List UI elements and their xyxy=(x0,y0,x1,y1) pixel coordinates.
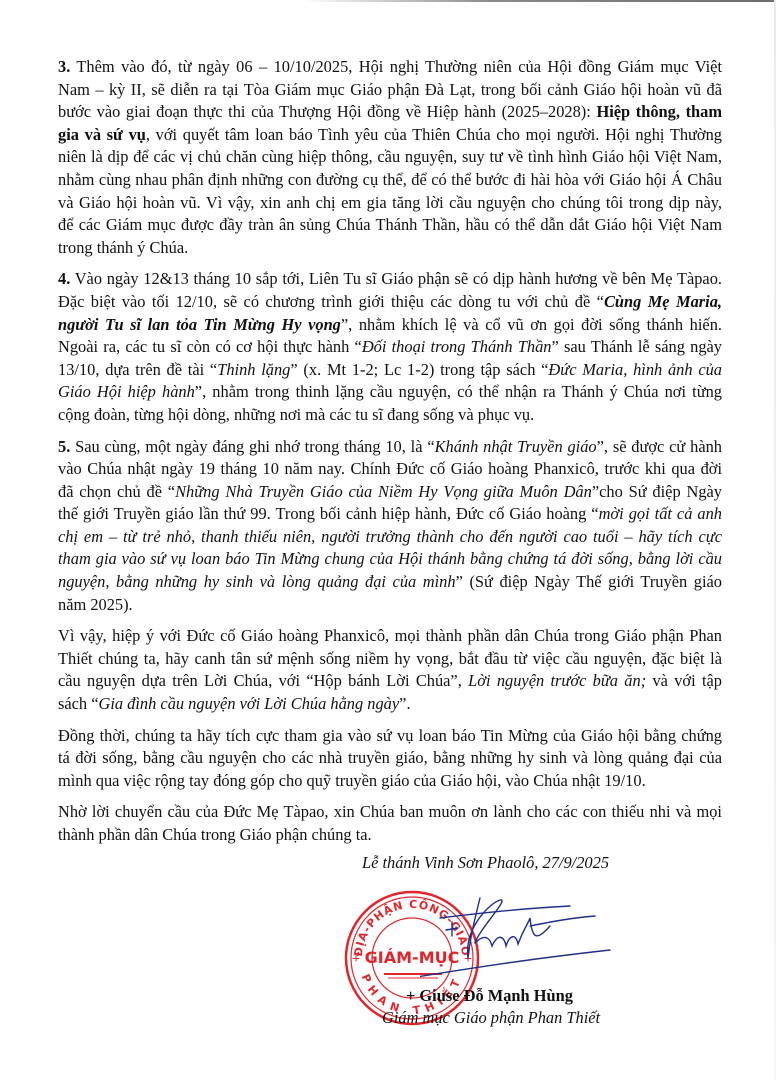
text: ”, nhằm trong thinh lặng cầu nguyện, có … xyxy=(195,382,722,401)
text: niên là dịp để các vị chủ chăn cùng hiệp… xyxy=(58,146,722,169)
text: Thiết chúng ta, hãy canh tân sứ mệnh sốn… xyxy=(58,648,722,671)
text: Vì vậy, hiệp ý với Đức cố Giáo hoàng Pha… xyxy=(58,625,722,648)
text: Thêm vào đó, từ ngày 06 – 10/10/2025, Hộ… xyxy=(70,57,722,76)
text: ” (x. Mt 1-2; Lc 1-2) trong tập sách “ xyxy=(290,360,548,379)
text: ” sau Thánh lễ sáng ngày xyxy=(551,337,722,356)
svg-text:+: + xyxy=(352,952,360,967)
quote: mời gọi tất cả anh xyxy=(599,504,722,523)
text: thế giới Truyền giáo lần thứ 99. Trong b… xyxy=(58,504,599,523)
text: năm 2025). xyxy=(58,594,722,617)
text: mình qua việc rộng tay đóng góp cho quỹ … xyxy=(58,770,722,793)
text: vào Chúa nhật ngày 19 tháng 10 năm nay. … xyxy=(58,458,722,481)
text: tá đời sống, bằng cầu nguyện cho các nhà… xyxy=(58,747,722,770)
text: Đồng thời, chúng ta hãy tích cực tham gi… xyxy=(58,725,722,748)
book-title: Đức Maria, hình ảnh của xyxy=(548,360,722,379)
text: 13/10, dựa trên đề tài “ xyxy=(58,360,217,379)
text: Vào ngày 12&13 tháng 10 sắp tới, Liên Tu… xyxy=(70,269,722,288)
quote: chị em – từ trẻ nhỏ, thanh thiếu niên, n… xyxy=(58,527,722,546)
paragraph-3: 3. Thêm vào đó, từ ngày 06 – 10/10/2025,… xyxy=(58,56,722,259)
text: ”cho Sứ điệp Ngày xyxy=(592,482,722,501)
text: cộng đoàn, từng hội dòng, những nơi mà c… xyxy=(58,404,722,427)
text: Nam – kỳ II, sẽ diễn ra tại Tòa Giám mục… xyxy=(58,79,722,102)
text: , với quyết tâm loan báo Tình yêu của Th… xyxy=(146,125,722,144)
signature-date-line: Lễ thánh Vinh Sơn Phaolô, 27/9/2025 xyxy=(362,853,609,873)
text: ”. xyxy=(399,694,410,713)
quote: tham gia vào sứ vụ loan báo Tin Mừng chu… xyxy=(58,549,722,568)
text: nhằm cùng nhau phân định những con đường… xyxy=(58,169,722,192)
emphasis: gia và sứ vụ xyxy=(58,125,146,144)
text: Đặc biệt vào tối 12/10, sẽ có chương trì… xyxy=(58,292,604,311)
book-title: Giáo Hội hiệp hành xyxy=(58,382,195,401)
text: Sau cùng, một ngày đáng ghi nhớ trong th… xyxy=(70,437,434,456)
paragraph-6: Vì vậy, hiệp ý với Đức cố Giáo hoàng Pha… xyxy=(58,625,722,715)
emphasis: Khánh nhật Truyền giáo xyxy=(435,437,597,456)
theme-title: Cùng Mẹ Maria, xyxy=(604,292,722,311)
paragraph-8: Nhờ lời chuyển cầu của Đức Mẹ Tàpao, xin… xyxy=(58,801,722,846)
text: ”, sẽ được cử hành xyxy=(597,437,722,456)
theme-title: người Tu sĩ lan tỏa Tin Mừng Hy vọng xyxy=(58,315,341,334)
quote: nguyện, bằng những hy sinh và lòng quảng… xyxy=(58,572,456,591)
item-number: 4. xyxy=(58,269,70,288)
text: đã chọn chủ đề “ xyxy=(58,482,175,501)
paragraph-5: 5. Sau cùng, một ngày đáng ghi nhớ trong… xyxy=(58,436,722,617)
paragraph-7: Đồng thời, chúng ta hãy tích cực tham gi… xyxy=(58,725,722,793)
item-number: 5. xyxy=(58,437,70,456)
signatory-name: + Giuse Đỗ Mạnh Hùng xyxy=(406,986,573,1006)
text: Ngoài ra, các tu sĩ còn có cơ hội thực h… xyxy=(58,337,362,356)
text: và với tập xyxy=(646,671,722,690)
text: trong thánh ý Chúa. xyxy=(58,237,722,260)
book-title: Gia đình cầu nguyện với Lời Chúa hằng ng… xyxy=(99,694,400,713)
emphasis: Thinh lặng xyxy=(217,360,290,379)
emphasis: Đối thoại trong Thánh Thần xyxy=(362,337,552,356)
text: thành phần dân Chúa trong Giáo phận chún… xyxy=(58,824,722,847)
letter-body: 3. Thêm vào đó, từ ngày 06 – 10/10/2025,… xyxy=(58,56,722,856)
paragraph-4: 4. Vào ngày 12&13 tháng 10 sắp tới, Liên… xyxy=(58,268,722,426)
signatory-title: Giám mục Giáo phận Phan Thiết xyxy=(382,1008,600,1028)
text: Nhờ lời chuyển cầu của Đức Mẹ Tàpao, xin… xyxy=(58,801,722,824)
scan-edge xyxy=(300,0,776,2)
text: bước vào giai đoạn thực thi của Thượng H… xyxy=(58,102,596,121)
handwritten-signature-icon xyxy=(420,888,620,988)
text: sách “ xyxy=(58,694,99,713)
item-number: 3. xyxy=(58,57,70,76)
emphasis: Hiệp thông, tham xyxy=(596,102,722,121)
text: và Giáo hội hoàn vũ. Vì vậy, xin anh chị… xyxy=(58,192,722,215)
text: cầu nguyện dựa trên Lời Chúa, với “Hộp b… xyxy=(58,671,468,690)
text: để các Giám mục được đầy tràn ân sủng Ch… xyxy=(58,214,722,237)
text: ” (Sứ điệp Ngày Thế giới Truyền giáo xyxy=(456,572,722,591)
text: ”, nhằm khích lệ và cổ vũ ơn gọi đời sốn… xyxy=(341,315,722,334)
theme-title: Những Nhà Truyền Giáo của Niềm Hy Vọng g… xyxy=(175,482,592,501)
emphasis: Lời nguyện trước bữa ăn; xyxy=(468,671,646,690)
